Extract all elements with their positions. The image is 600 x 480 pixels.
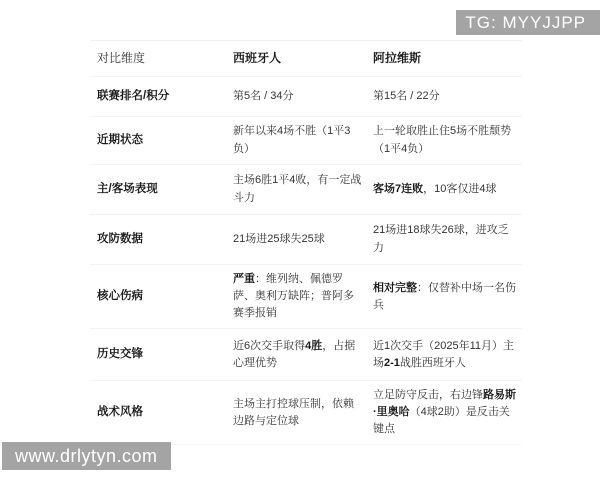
row-label: 核心伤病 [90,265,226,329]
cell-text-bold: 2-1 [384,357,400,369]
table-row: 联赛排名/积分第5名 / 34分第15名 / 22分 [90,77,522,117]
row-label: 历史交锋 [90,329,226,381]
cell-text: 新年以来4场不胜（1平3负） [233,125,350,154]
cell-text: 近6次交手取得 [233,340,305,352]
telegram-watermark: TG: MYYJJPP [456,10,600,35]
row-label: 攻防数据 [90,215,226,265]
cell-team-home: 21场进25球失25球 [226,215,366,265]
cell-text: ，10客仅进4球 [423,183,496,195]
cell-text: 立足防守反击，右边锋 [373,389,483,401]
cell-text: 第5名 / 34分 [233,90,294,102]
cell-team-home: 严重：维列纳、佩德罗萨、奥利万缺阵；普阿多赛季报销 [226,265,366,329]
header-row: 对比维度 西班牙人 阿拉维斯 [90,41,522,77]
header-team-home: 西班牙人 [226,41,366,77]
cell-team-away: 客场7连败，10客仅进4球 [366,165,522,215]
row-label: 主/客场表现 [90,165,226,215]
table-body: 联赛排名/积分第5名 / 34分第15名 / 22分近期状态新年以来4场不胜（1… [90,77,522,445]
cell-text-bold: 相对完整 [373,282,417,294]
row-label: 战术风格 [90,381,226,445]
site-watermark: www.drlytyn.com [2,442,171,470]
table-row: 近期状态新年以来4场不胜（1平3负）上一轮取胜止住5场不胜颓势（1平4负） [90,117,522,165]
cell-text: 21场进18球失26球，进攻乏力 [373,224,509,253]
cell-team-away: 上一轮取胜止住5场不胜颓势（1平4负） [366,117,522,165]
table-header: 对比维度 西班牙人 阿拉维斯 [90,41,522,77]
cell-text: 第15名 / 22分 [373,90,440,102]
row-label: 近期状态 [90,117,226,165]
cell-team-away: 近1次交手（2025年11月）主场2-1战胜西班牙人 [366,329,522,381]
cell-text: 主场6胜1平4败，有一定战斗力 [233,174,361,203]
cell-text: 战胜西班牙人 [400,357,466,369]
table-row: 攻防数据21场进25球失25球21场进18球失26球，进攻乏力 [90,215,522,265]
cell-team-home: 第5名 / 34分 [226,77,366,117]
header-team-away: 阿拉维斯 [366,41,522,77]
cell-text-bold: 客场7连败 [373,183,423,195]
cell-team-away: 21场进18球失26球，进攻乏力 [366,215,522,265]
row-label: 联赛排名/积分 [90,77,226,117]
header-dimension: 对比维度 [90,41,226,77]
cell-team-home: 新年以来4场不胜（1平3负） [226,117,366,165]
cell-team-home: 主场6胜1平4败，有一定战斗力 [226,165,366,215]
table-row: 战术风格主场主打控球压制，依赖边路与定位球立足防守反击，右边锋路易斯·里奥哈（4… [90,381,522,445]
cell-text-bold: 4胜 [305,340,322,352]
cell-text: 主场主打控球压制，依赖边路与定位球 [233,398,354,427]
cell-text: 21场进25球失25球 [233,233,325,245]
page: 对比维度 西班牙人 阿拉维斯 联赛排名/积分第5名 / 34分第15名 / 22… [0,0,600,480]
cell-team-away: 相对完整：仅替补中场一名伤兵 [366,265,522,329]
cell-text-bold: 严重 [233,273,255,285]
cell-team-away: 立足防守反击，右边锋路易斯·里奥哈（4球2助）是反击关键点 [366,381,522,445]
table-row: 历史交锋近6次交手取得4胜，占据心理优势近1次交手（2025年11月）主场2-1… [90,329,522,381]
cell-team-home: 主场主打控球压制，依赖边路与定位球 [226,381,366,445]
cell-team-home: 近6次交手取得4胜，占据心理优势 [226,329,366,381]
comparison-table: 对比维度 西班牙人 阿拉维斯 联赛排名/积分第5名 / 34分第15名 / 22… [90,40,522,445]
table-row: 核心伤病严重：维列纳、佩德罗萨、奥利万缺阵；普阿多赛季报销相对完整：仅替补中场一… [90,265,522,329]
cell-team-away: 第15名 / 22分 [366,77,522,117]
table-row: 主/客场表现主场6胜1平4败，有一定战斗力客场7连败，10客仅进4球 [90,165,522,215]
cell-text: 上一轮取胜止住5场不胜颓势（1平4负） [373,125,511,154]
